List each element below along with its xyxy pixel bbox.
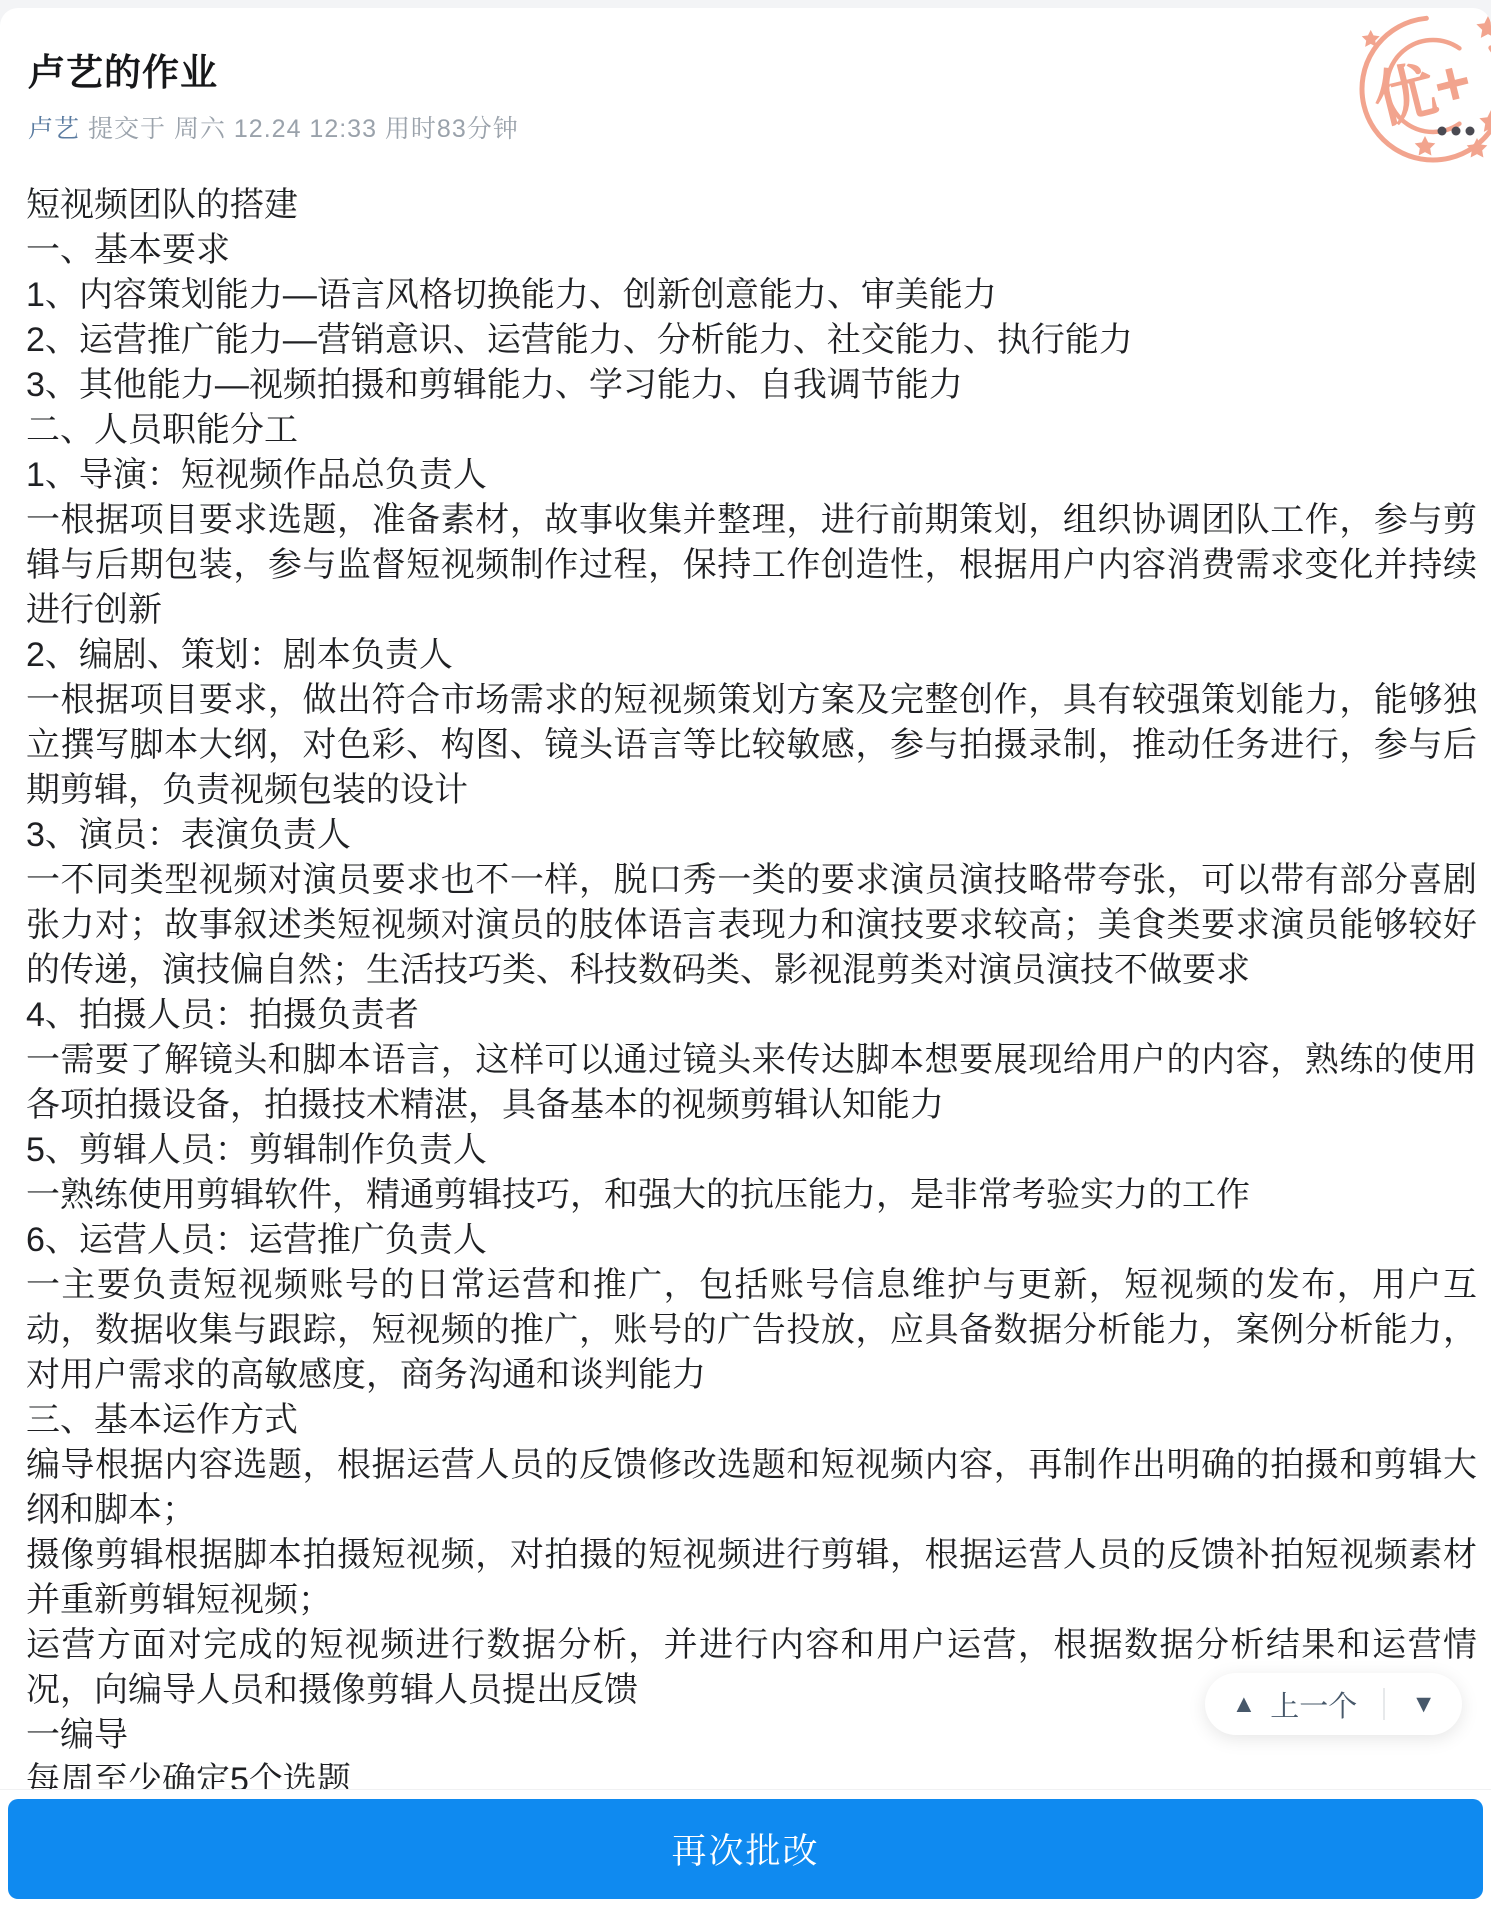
regrade-button[interactable]: 再次批改 xyxy=(8,1799,1483,1899)
essay-paragraph: 一熟练使用剪辑软件，精通剪辑技巧，和强大的抗压能力，是非常考验实力的工作 xyxy=(26,1173,1477,1218)
page-title: 卢艺的作业 xyxy=(28,52,1463,95)
question-navigator: ▲ 上一个 ▼ xyxy=(1205,1673,1462,1735)
essay-paragraph: 一、基本要求 xyxy=(26,228,1477,273)
essay-paragraph: 2、运营推广能力—营销意识、运营能力、分析能力、社交能力、执行能力 xyxy=(26,318,1477,363)
essay-content: 短视频团队的搭建 一、基本要求 1、内容策划能力—语言风格切换能力、创新创意能力… xyxy=(0,183,1491,1848)
essay-paragraph: 二、人员职能分工 xyxy=(26,408,1477,453)
essay-paragraph: 三、基本运作方式 xyxy=(26,1398,1477,1443)
bottom-action-bar: 再次批改 xyxy=(0,1789,1491,1912)
essay-paragraph: 4、拍摄人员：拍摄负责者 xyxy=(26,993,1477,1038)
essay-paragraph: 编导根据内容选题，根据运营人员的反馈修改选题和短视频内容，再制作出明确的拍摄和剪… xyxy=(26,1443,1477,1533)
essay-paragraph: 一根据项目要求选题，准备素材，故事收集并整理，进行前期策划，组织协调团队工作，参… xyxy=(26,498,1477,633)
submission-info: 提交于 周六 12.24 12:33 用时83分钟 xyxy=(88,115,519,143)
navigator-divider xyxy=(1383,1688,1385,1720)
essay-paragraph: 1、导演：短视频作品总负责人 xyxy=(26,453,1477,498)
essay-paragraph: 3、其他能力—视频拍摄和剪辑能力、学习能力、自我调节能力 xyxy=(26,363,1477,408)
essay-paragraph: 摄像剪辑根据脚本拍摄短视频，对拍摄的短视频进行剪辑，根据运营人员的反馈补拍短视频… xyxy=(26,1533,1477,1623)
essay-paragraph: 5、剪辑人员：剪辑制作负责人 xyxy=(26,1128,1477,1173)
homework-card: 卢艺的作业 卢艺提交于 周六 12.24 12:33 用时83分钟 优+ 短视 xyxy=(0,8,1491,1912)
essay-paragraph: 6、运营人员：运营推广负责人 xyxy=(26,1218,1477,1263)
header: 卢艺的作业 卢艺提交于 周六 12.24 12:33 用时83分钟 xyxy=(0,8,1491,145)
triangle-up-icon[interactable]: ▲ xyxy=(1231,1692,1256,1717)
author-name[interactable]: 卢艺 xyxy=(28,115,80,143)
essay-paragraph: 1、内容策划能力—语言风格切换能力、创新创意能力、审美能力 xyxy=(26,273,1477,318)
essay-paragraph: 2、编剧、策划：剧本负责人 xyxy=(26,633,1477,678)
previous-label[interactable]: 上一个 xyxy=(1270,1684,1357,1725)
essay-paragraph: 短视频团队的搭建 xyxy=(26,183,1477,228)
essay-paragraph: 一主要负责短视频账号的日常运营和推广，包括账号信息维护与更新，短视频的发布，用户… xyxy=(26,1263,1477,1398)
essay-paragraph: 一需要了解镜头和脚本语言，这样可以通过镜头来传达脚本想要展现给用户的内容，熟练的… xyxy=(26,1038,1477,1128)
essay-paragraph: 一不同类型视频对演员要求也不一样，脱口秀一类的要求演员演技略带夸张，可以带有部分… xyxy=(26,858,1477,993)
essay-paragraph: 3、演员：表演负责人 xyxy=(26,813,1477,858)
submission-meta: 卢艺提交于 周六 12.24 12:33 用时83分钟 xyxy=(28,109,1463,145)
essay-paragraph: 一根据项目要求，做出符合市场需求的短视频策划方案及完整创作，具有较强策划能力，能… xyxy=(26,678,1477,813)
triangle-down-icon[interactable]: ▼ xyxy=(1411,1692,1436,1717)
